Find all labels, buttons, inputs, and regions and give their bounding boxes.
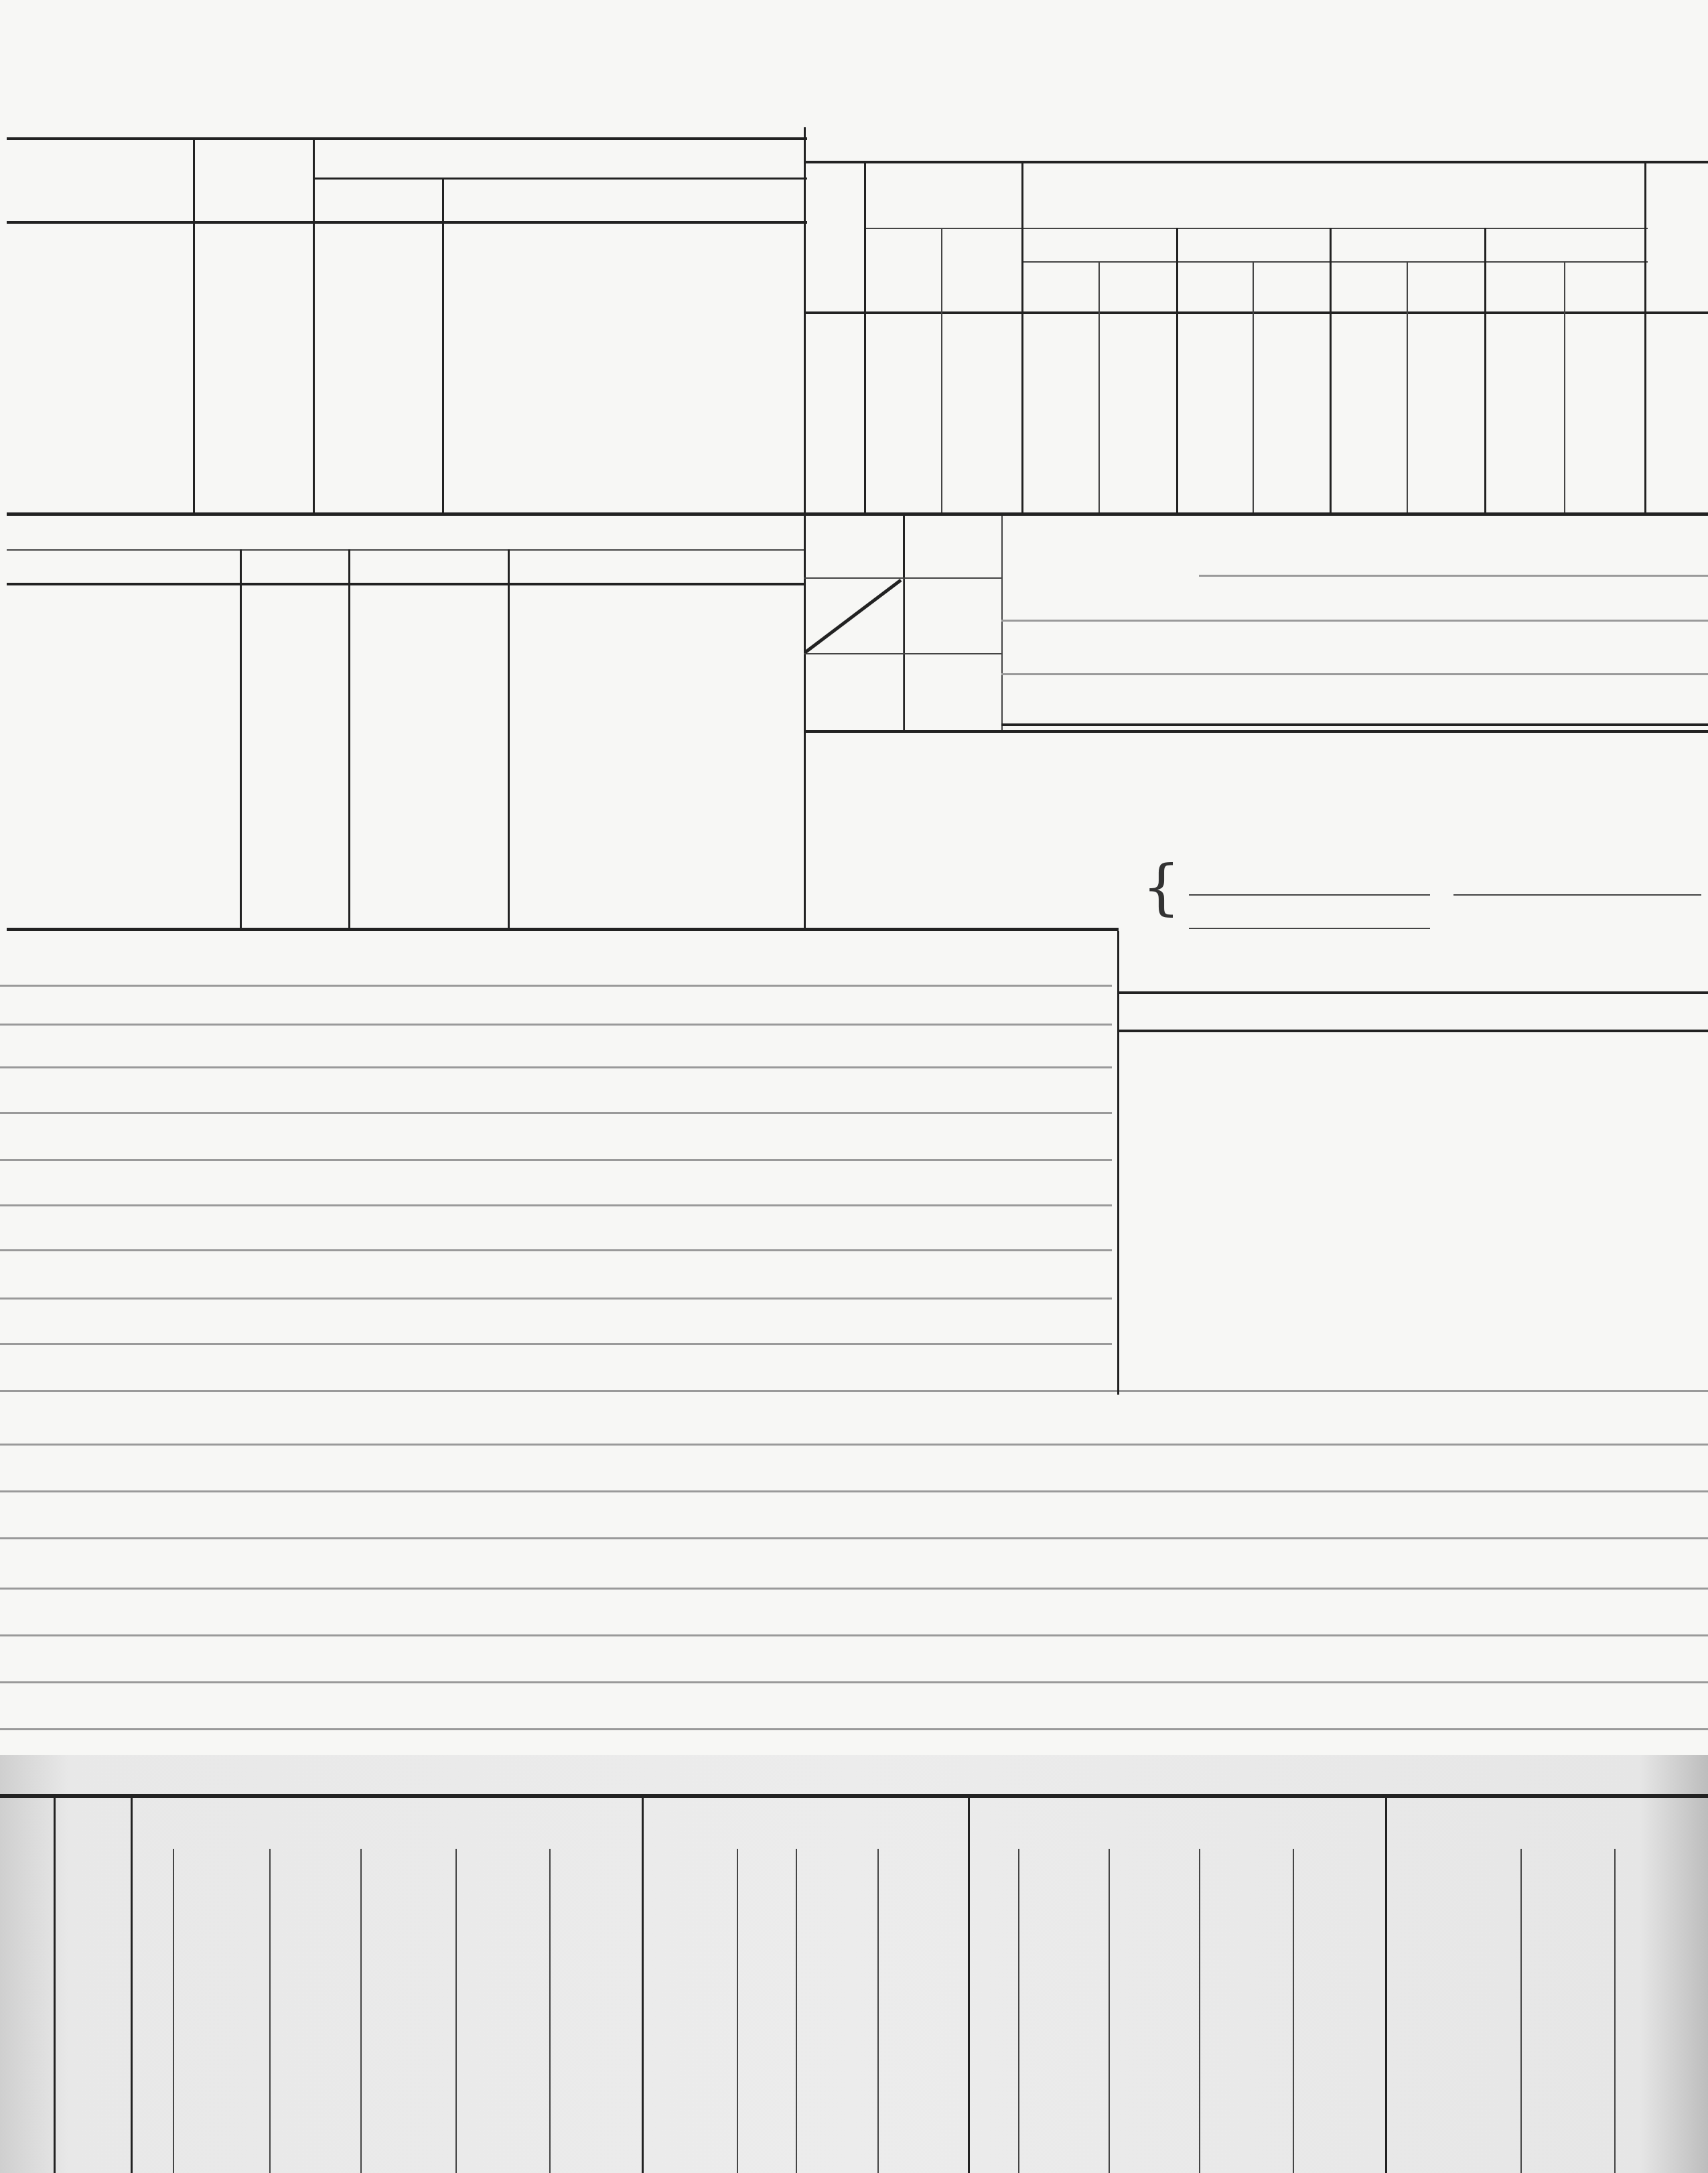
flight-report-form: { bbox=[0, 0, 1708, 2173]
status-diagonal-mark bbox=[804, 577, 904, 654]
bottom-data-strip bbox=[0, 1755, 1708, 2173]
brace-icon: { bbox=[1142, 857, 1180, 918]
